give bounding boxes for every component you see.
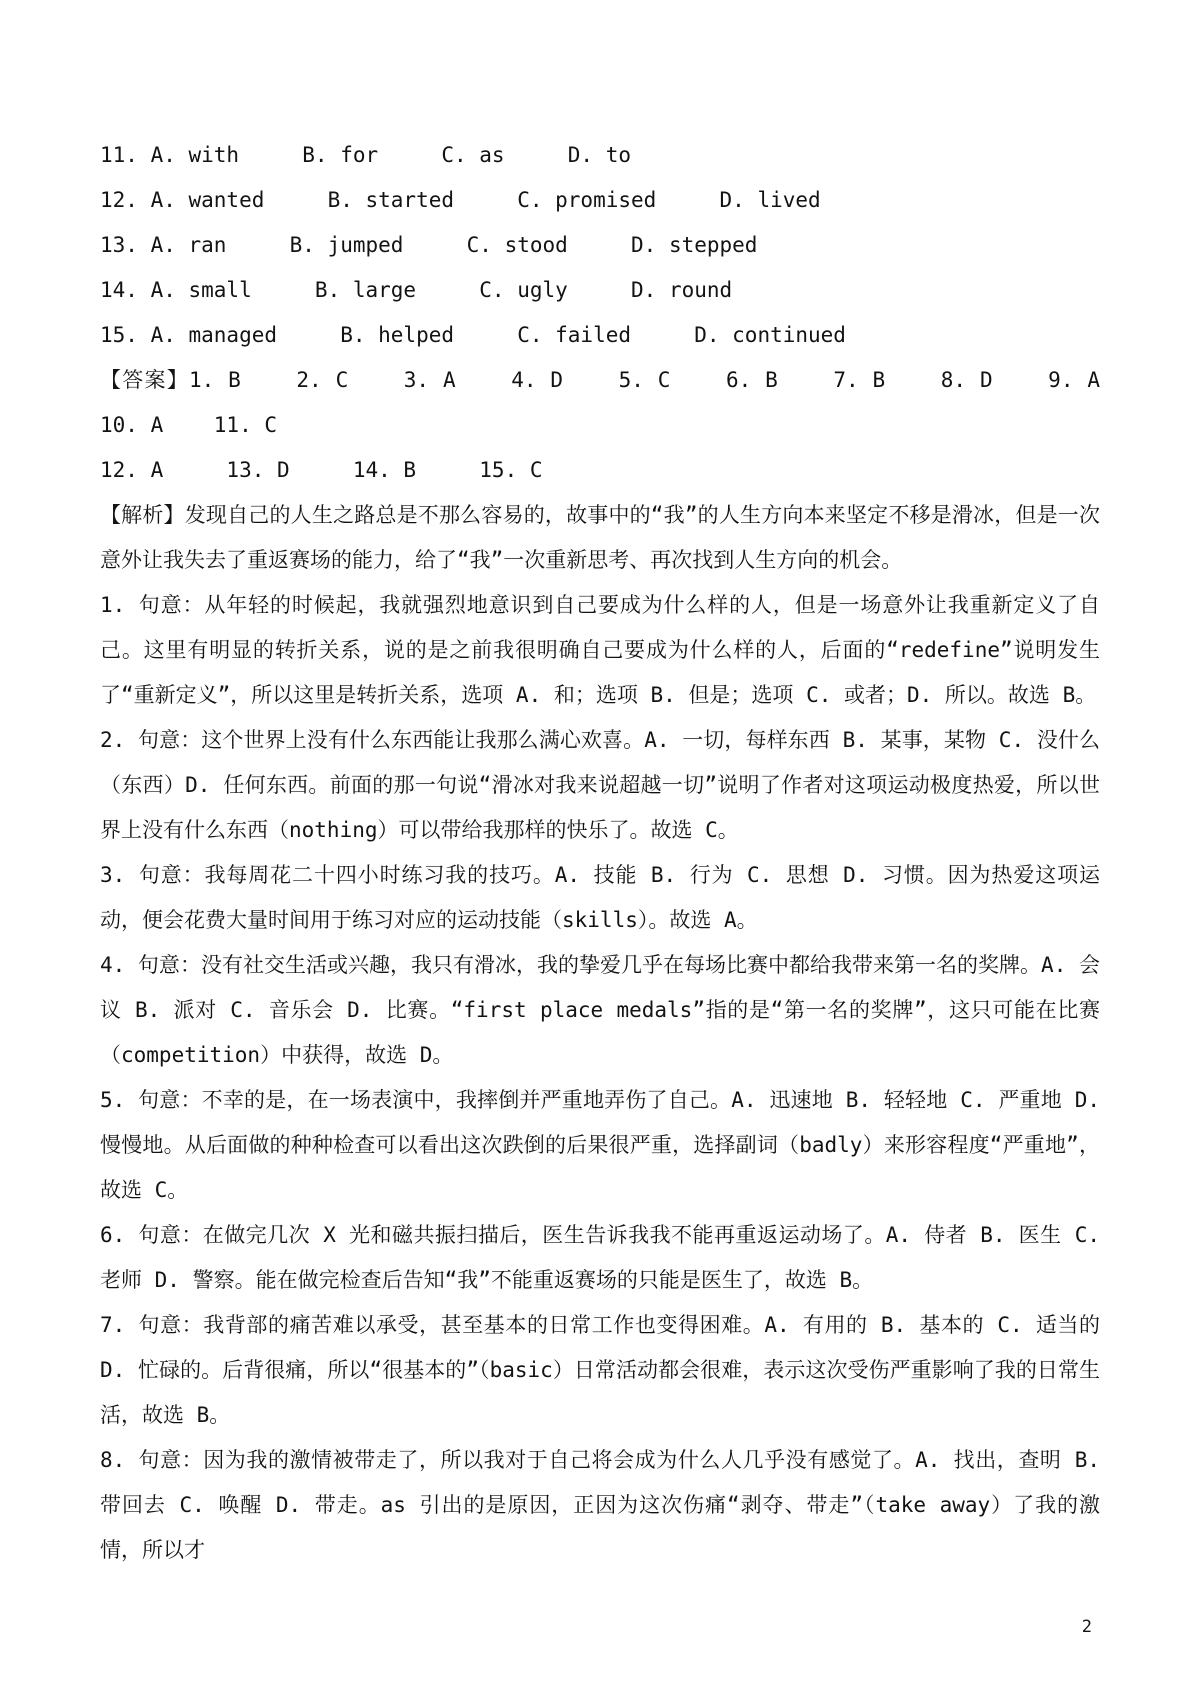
question-11-options: 11. A. with B. for C. as D. to xyxy=(100,133,1100,178)
question-12-options: 12. A. wanted B. started C. promised D. … xyxy=(100,178,1100,223)
document-page: 11. A. with B. for C. as D. to 12. A. wa… xyxy=(0,0,1200,1698)
explanation-question-3: 3. 句意：我每周花二十四小时练习我的技巧。A. 技能 B. 行为 C. 思想 … xyxy=(100,853,1100,943)
explanation-question-1: 1. 句意：从年轻的时候起，我就强烈地意识到自己要成为什么样的人，但是一场意外让… xyxy=(100,583,1100,718)
explanation-question-5: 5. 句意：不幸的是，在一场表演中，我摔倒并严重地弄伤了自己。A. 迅速地 B.… xyxy=(100,1078,1100,1213)
question-14-options: 14. A. small B. large C. ugly D. round xyxy=(100,268,1100,313)
analysis-summary: 【解析】发现自己的人生之路总是不那么容易的，故事中的“我”的人生方向本来坚定不移… xyxy=(100,493,1100,583)
explanation-question-2: 2. 句意：这个世界上没有什么东西能让我那么满心欢喜。A. 一切，每样东西 B.… xyxy=(100,718,1100,853)
explanation-question-4: 4. 句意：没有社交生活或兴趣，我只有滑冰，我的挚爱几乎在每场比赛中都给我带来第… xyxy=(100,943,1100,1078)
answer-key-line: 【答案】1. B 2. C 3. A 4. D 5. C 6. B 7. B 8… xyxy=(100,358,1100,493)
document-body: 11. A. with B. for C. as D. to 12. A. wa… xyxy=(100,133,1100,1573)
question-13-options: 13. A. ran B. jumped C. stood D. stepped xyxy=(100,223,1100,268)
explanation-question-6: 6. 句意：在做完几次 X 光和磁共振扫描后，医生告诉我我不能再重返运动场了。A… xyxy=(100,1213,1100,1303)
question-15-options: 15. A. managed B. helped C. failed D. co… xyxy=(100,313,1100,358)
explanation-question-7: 7. 句意：我背部的痛苦难以承受，甚至基本的日常工作也变得困难。A. 有用的 B… xyxy=(100,1303,1100,1438)
explanation-question-8: 8. 句意：因为我的激情被带走了，所以我对于自己将会成为什么人几乎没有感觉了。A… xyxy=(100,1438,1100,1573)
page-number: 2 xyxy=(1082,1619,1092,1636)
